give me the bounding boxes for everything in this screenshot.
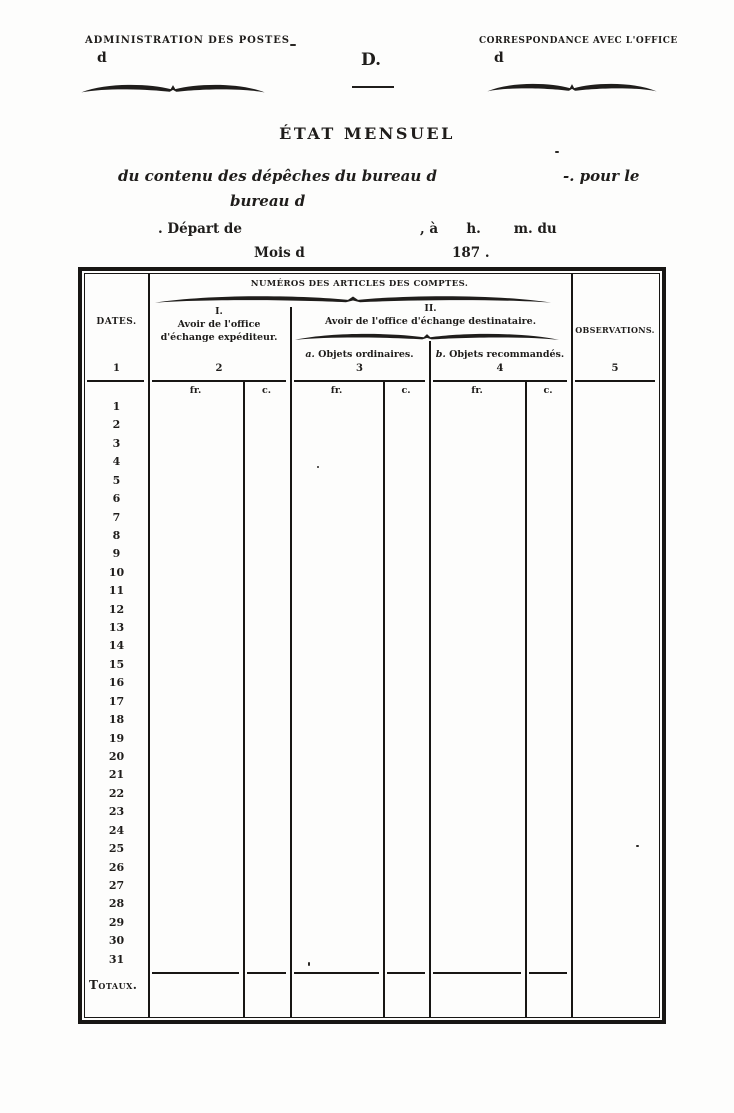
page-title: ÉTAT MENSUEL (0, 124, 734, 143)
divider-fr-c-col4 (525, 381, 527, 1017)
intro-line1-right: -. pour le (563, 167, 639, 185)
column-number-3: 3 (290, 363, 429, 374)
date-row-4: 4 (85, 455, 148, 468)
intro-line2: bureau d (230, 192, 305, 210)
number-rule-col4 (433, 380, 567, 382)
date-row-13: 13 (85, 621, 148, 634)
ink-speck (555, 151, 559, 153)
expediteur-line2: d'échange expéditeur. (148, 331, 290, 344)
number-rule-col2 (152, 380, 286, 382)
francs-label-col2: fr. (148, 385, 243, 396)
column-header-expediteur: I. Avoir de l'office d'échange expéditeu… (148, 305, 290, 344)
administration-title: ADMINISTRATION DES POSTES (85, 35, 290, 46)
divider-col4-observations (571, 274, 573, 1017)
column-number-5: 5 (571, 363, 659, 374)
table-inner-frame: NUMÉROS DES ARTICLES DES COMPTES. DATES.… (84, 273, 660, 1018)
date-row-7: 7 (85, 511, 148, 524)
correspondence-d: d (494, 50, 504, 66)
number-rule-observations (575, 380, 655, 382)
date-row-26: 26 (85, 861, 148, 874)
subcolumn-header-recommandes: b. Objets recommandés. (429, 348, 571, 361)
date-row-23: 23 (85, 805, 148, 818)
date-row-16: 16 (85, 676, 148, 689)
date-row-12: 12 (85, 603, 148, 616)
date-row-9: 9 (85, 547, 148, 560)
date-row-18: 18 (85, 713, 148, 726)
column-header-observations: OBSERVATIONS. (571, 325, 659, 335)
centimes-label-col4: c. (525, 385, 571, 396)
centimes-label-col2: c. (243, 385, 290, 396)
date-row-17: 17 (85, 695, 148, 708)
date-row-24: 24 (85, 824, 148, 837)
swash-brace-left (80, 80, 266, 95)
recommandes-prefix: b. (436, 349, 446, 360)
destinataire-numeral: II. (290, 302, 571, 315)
document-page: ADMINISTRATION DES POSTES d D. CORRESPON… (0, 0, 734, 1113)
totals-rule-col3-c (387, 972, 425, 974)
date-row-8: 8 (85, 529, 148, 542)
monthly-statement-table: NUMÉROS DES ARTICLES DES COMPTES. DATES.… (78, 267, 666, 1024)
totals-rule-col4-c (529, 972, 567, 974)
totals-label: Totaux. (89, 978, 148, 992)
expediteur-numeral: I. (148, 305, 290, 318)
date-row-20: 20 (85, 750, 148, 763)
expediteur-line1: Avoir de l'office (148, 318, 290, 331)
swash-brace-right (486, 79, 658, 94)
date-row-15: 15 (85, 658, 148, 671)
totals-rule-col3-fr (294, 972, 379, 974)
depart-line-left: . Départ de (158, 221, 242, 237)
intro-line1-left: du contenu des dépêches du bureau d (118, 167, 437, 185)
column-number-2: 2 (148, 363, 290, 374)
date-row-14: 14 (85, 639, 148, 652)
date-row-28: 28 (85, 897, 148, 910)
date-row-1: 1 (85, 400, 148, 413)
divider-fr-c-col3 (383, 381, 385, 1017)
destinataire-label: Avoir de l'office d'échange destinataire… (290, 315, 571, 328)
group-header: NUMÉROS DES ARTICLES DES COMPTES. (148, 279, 571, 289)
date-row-27: 27 (85, 879, 148, 892)
date-rows: 1234567891011121314151617181920212223242… (85, 274, 148, 1017)
subcolumn-header-ordinaires: a. Objets ordinaires. (290, 348, 429, 361)
totals-rule-col2-fr (152, 972, 239, 974)
mois-line-right: 187 . (452, 245, 490, 261)
ordinaires-prefix: a. (305, 349, 314, 360)
totals-rule-col4-fr (433, 972, 521, 974)
date-row-30: 30 (85, 934, 148, 947)
date-row-31: 31 (85, 953, 148, 966)
column-number-4: 4 (429, 363, 571, 374)
date-row-10: 10 (85, 566, 148, 579)
totals-rule-col2-c (247, 972, 286, 974)
series-letter-rule (352, 86, 394, 88)
depart-line-right: , à h. m. du (420, 221, 557, 237)
francs-label-col4: fr. (429, 385, 525, 396)
date-row-22: 22 (85, 787, 148, 800)
date-row-5: 5 (85, 474, 148, 487)
mois-line-left: Mois d (254, 245, 305, 261)
recommandes-label: Objets recommandés. (449, 349, 564, 360)
date-row-19: 19 (85, 732, 148, 745)
francs-label-col3: fr. (290, 385, 383, 396)
date-row-21: 21 (85, 768, 148, 781)
date-row-2: 2 (85, 418, 148, 431)
ink-speck (290, 44, 296, 46)
divider-col3-col4 (429, 341, 431, 1017)
date-row-3: 3 (85, 437, 148, 450)
centimes-label-col3: c. (383, 385, 429, 396)
swash-brace-destinataire (293, 330, 561, 342)
series-letter: D. (361, 50, 381, 70)
date-row-6: 6 (85, 492, 148, 505)
correspondence-title: CORRESPONDANCE AVEC L'OFFICE (479, 36, 678, 46)
number-rule-col3 (294, 380, 425, 382)
administration-d: d (97, 50, 107, 66)
column-header-destinataire: II. Avoir de l'office d'échange destinat… (290, 302, 571, 328)
date-row-11: 11 (85, 584, 148, 597)
date-row-29: 29 (85, 916, 148, 929)
ordinaires-label: Objets ordinaires. (318, 349, 413, 360)
divider-col2-col3 (290, 307, 292, 1017)
date-row-25: 25 (85, 842, 148, 855)
divider-fr-c-col2 (243, 381, 245, 1017)
